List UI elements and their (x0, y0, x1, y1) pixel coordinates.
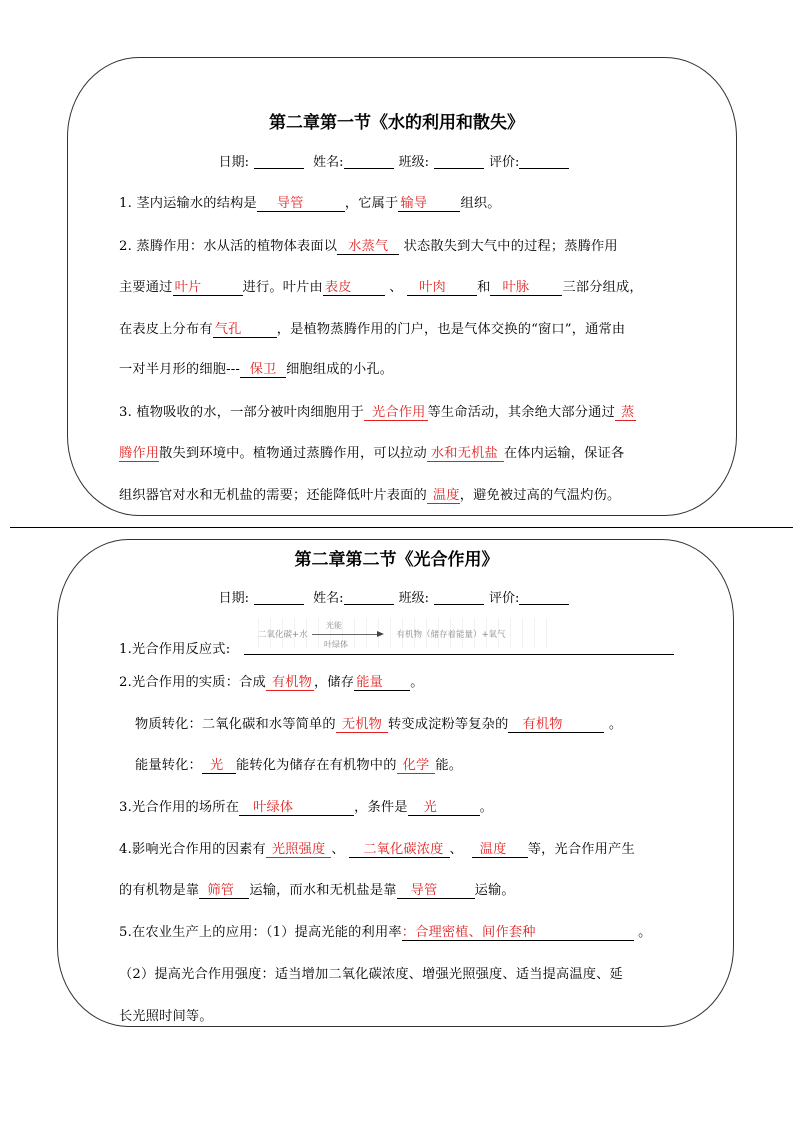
question-text: 组织器官对水和无机盐的需要；还能降低叶片表面的 (119, 488, 427, 503)
question-text: 。 (410, 675, 423, 690)
question-text: 在表皮上分布有 (119, 322, 213, 337)
answer-blank[interactable]: 叶肉 (407, 280, 477, 296)
date-label: 日期: (219, 155, 249, 170)
question-text: 一对半月形的细胞--- (119, 362, 240, 377)
question-text: 物质转化：二氧化碳和水等简单的 (135, 717, 336, 732)
answer-blank[interactable]: 表皮 (323, 280, 385, 296)
question-text: 三部分组成， (562, 280, 642, 295)
s1-q3-line3: 组织器官对水和无机盐的需要；还能降低叶片表面的温度，避免被过高的气温灼伤。 (119, 484, 620, 504)
answer-blank[interactable]: 温度 (472, 842, 528, 858)
question-text: 、 (389, 280, 402, 295)
answer-blank[interactable]: 叶绿体 (239, 800, 354, 816)
answer-blank[interactable]: ：合理密植、间作套种 (402, 925, 634, 941)
s2-q2-line2: 物质转化：二氧化碳和水等简单的无机物。转变成淀粉等复杂的有机物 。 (135, 713, 622, 733)
question-text: 细胞组成的小孔。 (286, 362, 393, 377)
answer-blank[interactable]: 叶脉 (490, 280, 562, 296)
s1-q2-line3: 在表皮上分布有气孔，是植物蒸腾作用的门户，也是气体交换的“窗口”，通常由 (119, 318, 625, 338)
question-text: 、 (331, 842, 344, 857)
question-text: 等，光合作用产生 (528, 842, 635, 857)
answer-blank[interactable]: 有机物 (508, 717, 604, 733)
answer-blank[interactable]: 保卫 (240, 362, 286, 378)
date-field[interactable] (254, 590, 304, 605)
answer-blank[interactable]: 光合作用 (364, 405, 428, 421)
s2-q2-line1: 2.光合作用的实质：合成有机物，储存能量。 (119, 671, 424, 691)
section2-card (57, 539, 734, 1027)
question-text: 转变成淀粉等复杂的 (388, 717, 509, 732)
equation-condition-above: 光能 (326, 620, 342, 631)
s2-q4-line2: 的有机物是靠筛管运输，而水和无机盐是靠导管运输。 (119, 879, 515, 899)
answer-blank[interactable]: 蒸 (615, 405, 636, 421)
question-text: ，是植物蒸腾作用的门户，也是气体交换的“窗口”，通常由 (277, 322, 626, 337)
question-text: 状态散失到大气中的过程；蒸腾作用 (404, 239, 618, 254)
s1-q2-line4: 一对半月形的细胞---保卫细胞组成的小孔。 (119, 358, 393, 378)
equation-reactants: 二氧化碳+水 (258, 630, 308, 640)
s2-q1: 1.光合作用反应式: (119, 638, 230, 657)
answer-blank[interactable]: 化学 (397, 758, 436, 774)
question-text: 3. 植物吸收的水，一部分被叶肉细胞用于 (119, 405, 364, 420)
question-text: 能。 (435, 758, 462, 773)
answer-blank[interactable]: 叶片 (173, 280, 243, 296)
answer-blank[interactable]: 有机物 (266, 675, 314, 691)
question-text: 进行。叶片由 (243, 280, 323, 295)
name-field[interactable] (344, 154, 394, 169)
answer-blank[interactable]: 输导 (398, 196, 460, 212)
section-divider (10, 527, 793, 528)
answer-blank[interactable]: 光 (408, 800, 480, 816)
section1-title: 第二章第一节《水的利用和散失》 (0, 108, 793, 133)
question-text: 运输，而水和无机盐是靠 (249, 883, 396, 898)
question-text: 。 (604, 717, 622, 732)
answer-blank[interactable]: 气孔 (213, 322, 277, 338)
question-text: 5.在农业生产上的应用：（1）提高光能的利用率 (119, 925, 402, 940)
answer-blank[interactable]: 导管 (257, 196, 345, 212)
answer-blank[interactable]: 水蒸气 (337, 239, 399, 255)
question-text: 在体内运输，保证各 (504, 446, 625, 461)
answer-blank[interactable]: 水和无机盐 (427, 446, 504, 462)
s1-q1: 1. 茎内运输水的结构是导管，它属于输导组织。 (119, 192, 501, 212)
question-text: 、 (450, 842, 463, 857)
answer-blank[interactable]: 光 (202, 758, 236, 774)
question-text: ，它属于 (345, 196, 399, 211)
class-label: 班级: (399, 155, 429, 170)
date-field[interactable] (254, 154, 304, 169)
question-text: 组织。 (460, 196, 500, 211)
answer-blank[interactable]: 导管 (397, 883, 475, 899)
name-field[interactable] (344, 590, 394, 605)
class-field[interactable] (434, 590, 484, 605)
question-text: 主要通过 (119, 280, 173, 295)
reaction-arrow-icon (312, 634, 382, 635)
question-text: 散失到环境中。植物通过蒸腾作用，可以拉动 (159, 446, 427, 461)
question-text: 等生命活动，其余绝大部分通过 (428, 405, 615, 420)
answer-blank[interactable]: 筛管 (199, 883, 249, 899)
question-text: 2. 蒸腾作用：水从活的植物体表面以 (119, 239, 337, 254)
name-label: 姓名: (313, 155, 343, 170)
equation-products: 有机物（储存着能量）+氧气 (396, 630, 505, 640)
question-text: ，储存 (314, 675, 354, 690)
answer-blank[interactable]: 温度 (427, 488, 460, 504)
question-text: 4.影响光合作用的因素有 (119, 842, 266, 857)
answer-blank[interactable]: 无机物 (336, 717, 388, 733)
s1-q3-line1: 3. 植物吸收的水，一部分被叶肉细胞用于光合作用等生命活动，其余绝大部分通过蒸 (119, 401, 636, 421)
grade-field[interactable] (519, 154, 569, 169)
question-text: 3.光合作用的场所在 (119, 800, 239, 815)
s1-q3-line2: 腾作用散失到环境中。植物通过蒸腾作用，可以拉动水和无机盐在体内运输，保证各 (119, 442, 624, 462)
class-field[interactable] (434, 154, 484, 169)
grade-label: 评价: (489, 591, 519, 606)
grade-field[interactable] (519, 590, 569, 605)
grade-label: 评价: (489, 155, 519, 170)
question-text: 2.光合作用的实质：合成 (119, 675, 266, 690)
question-text: 1. 茎内运输水的结构是 (119, 196, 257, 211)
question-text: 1.光合作用反应式: (119, 642, 230, 657)
section2-title: 第二章第二节《光合作用》 (0, 545, 793, 570)
date-label: 日期: (219, 591, 249, 606)
answer-blank[interactable]: 光照强度 (266, 842, 332, 858)
question-text: 能转化为储存在有机物中的 (236, 758, 397, 773)
question-text: 。 (480, 800, 493, 815)
question-text: 运输。 (475, 883, 515, 898)
name-label: 姓名: (313, 591, 343, 606)
s1-q2-line1: 2. 蒸腾作用：水从活的植物体表面以水蒸气 状态散失到大气中的过程；蒸腾作用 (119, 235, 618, 255)
question-text: 。 (638, 925, 651, 940)
question-text: 和 (477, 280, 490, 295)
s2-q5-line3: 长光照时间等。 (119, 1005, 213, 1024)
s2-q3: 3.光合作用的场所在叶绿体，条件是光。 (119, 796, 493, 816)
section1-meta-row: 日期: 姓名:班级:评价: (0, 151, 793, 170)
photosynthesis-equation: 二氧化碳+水 有机物（储存着能量）+氧气 光能 叶绿体 (258, 628, 506, 640)
question-text: ，条件是 (354, 800, 408, 815)
question-text: 能量转化： (135, 758, 202, 773)
class-label: 班级: (399, 591, 429, 606)
answer-blank[interactable]: 二氧化碳浓度 (349, 842, 449, 858)
section2-meta-row: 日期: 姓名:班级:评价: (0, 587, 793, 606)
answer-blank[interactable]: 能量 (354, 675, 410, 691)
s2-q2-line3: 能量转化：光能转化为储存在有机物中的化学能。 (135, 754, 462, 774)
s2-q4-line1: 4.影响光合作用的因素有光照强度、 二氧化碳浓度、 温度等，光合作用产生 (119, 838, 635, 858)
s2-q5-line1: 5.在农业生产上的应用：（1）提高光能的利用率：合理密植、间作套种 。 (119, 921, 652, 941)
equation-underline (244, 654, 674, 655)
s1-q2-line2: 主要通过叶片进行。叶片由表皮 、 叶肉和叶脉三部分组成， (119, 276, 643, 296)
question-text: 的有机物是靠 (119, 883, 199, 898)
s2-q5-line2: （2）提高光合作用强度：适当增加二氧化碳浓度、增强光照强度、适当提高温度、延 (119, 963, 623, 982)
equation-condition-below: 叶绿体 (324, 639, 348, 650)
answer-blank[interactable]: 腾作用 (119, 446, 159, 462)
question-text: ，避免被过高的气温灼伤。 (460, 488, 621, 503)
